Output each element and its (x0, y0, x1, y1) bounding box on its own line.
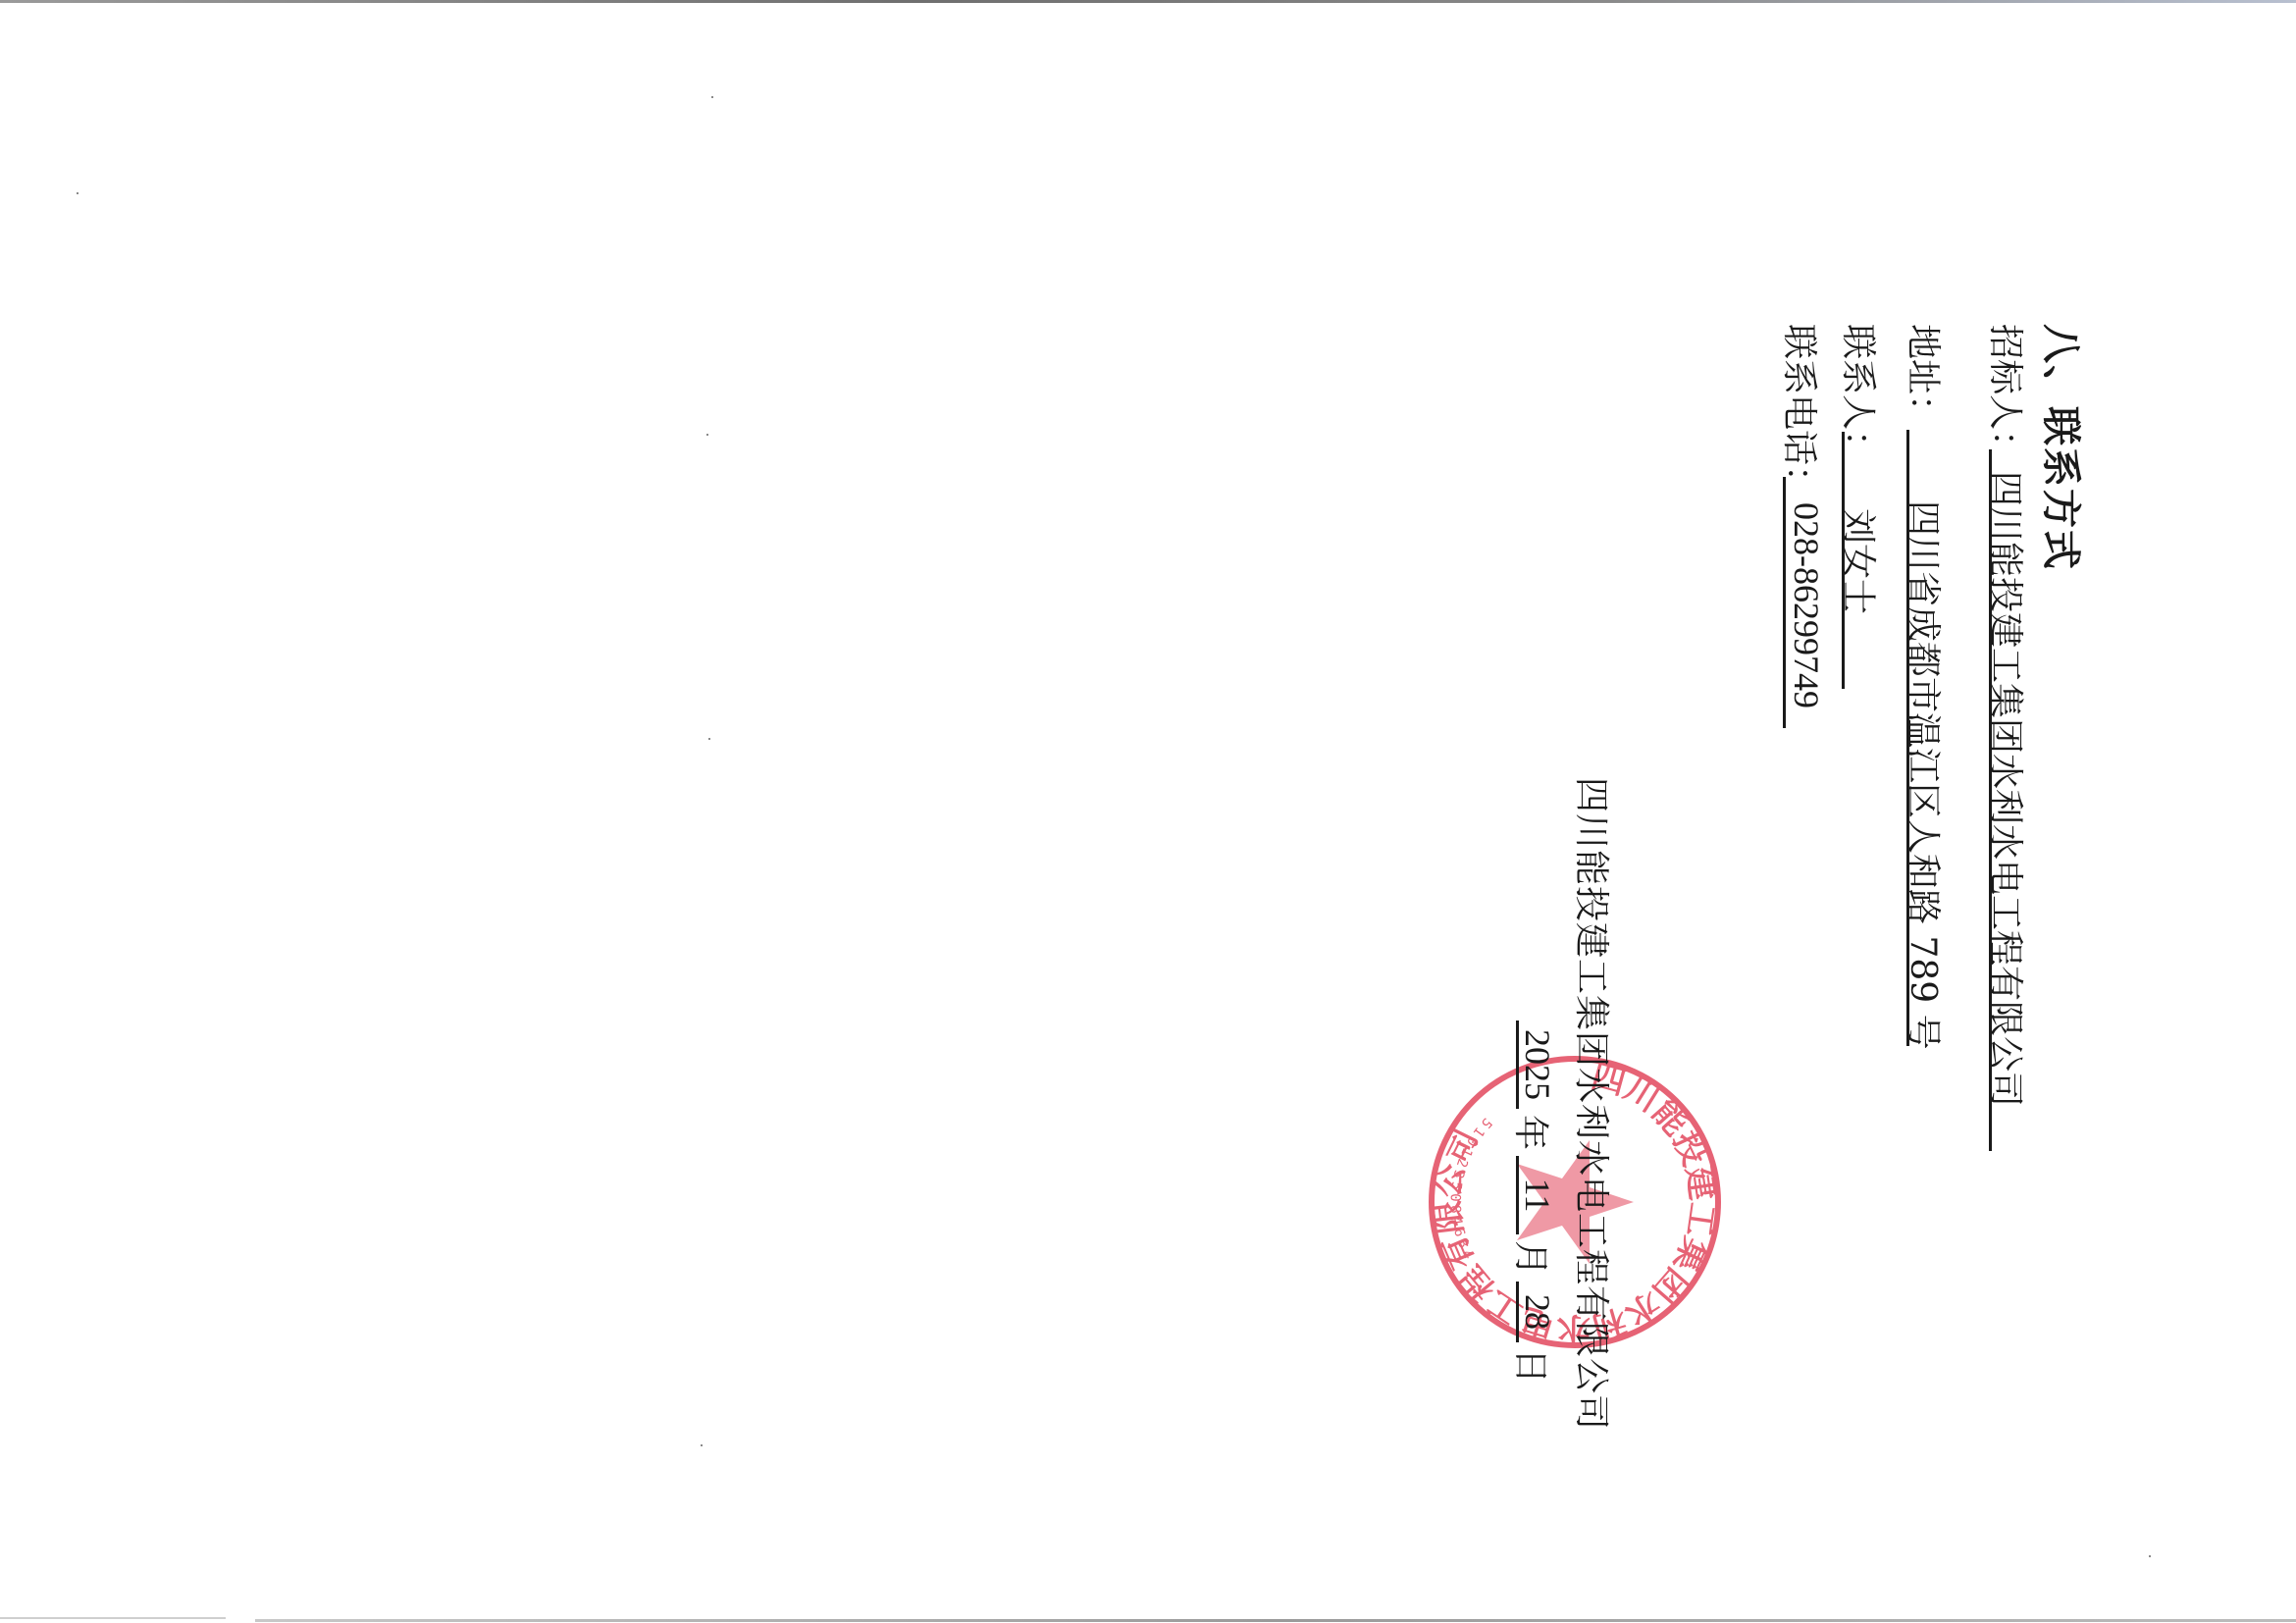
date-month-unit: 月 (1508, 1234, 1558, 1282)
section-heading: 八、联系方式 (2036, 324, 2092, 571)
date-day-unit: 日 (1508, 1342, 1558, 1389)
phone-row: 联系电话： 028-86299749 (1784, 324, 1827, 746)
address-value: 四川省成都市温江区人和路 789 号 (1901, 500, 1951, 1050)
date-month: 11 (1516, 1156, 1558, 1234)
address-label: 地址： (1901, 324, 1951, 430)
document-page: 八、联系方式 招标人： 四川能投建工集团水利水电工程有限公司 地址： 四川省成都… (0, 0, 2296, 1623)
tenderer-label: 招标人： (1983, 324, 2033, 465)
signature-date: 2025年11月28日 (1515, 1021, 1558, 1389)
tenderer-value: 四川能投建工集团水利水电工程有限公司 (1983, 471, 2033, 1107)
date-year: 2025 (1516, 1021, 1558, 1109)
address-row: 地址： 四川省成都市温江区人和路 789 号 (1907, 324, 1951, 1109)
phone-value: 028-86299749 (1786, 502, 1827, 708)
tenderer-row: 招标人： 四川能投建工集团水利水电工程有限公司 (1990, 324, 2033, 1207)
phone-label: 联系电话： (1777, 324, 1827, 500)
contact-value: 刘女士 (1836, 508, 1886, 614)
date-day: 28 (1516, 1282, 1558, 1342)
contact-row: 联系人： 刘女士 (1843, 324, 1886, 736)
signature-company: 四川能投建工集团水利水电工程有限公司 (1569, 777, 1619, 1431)
date-year-unit: 年 (1508, 1109, 1558, 1156)
